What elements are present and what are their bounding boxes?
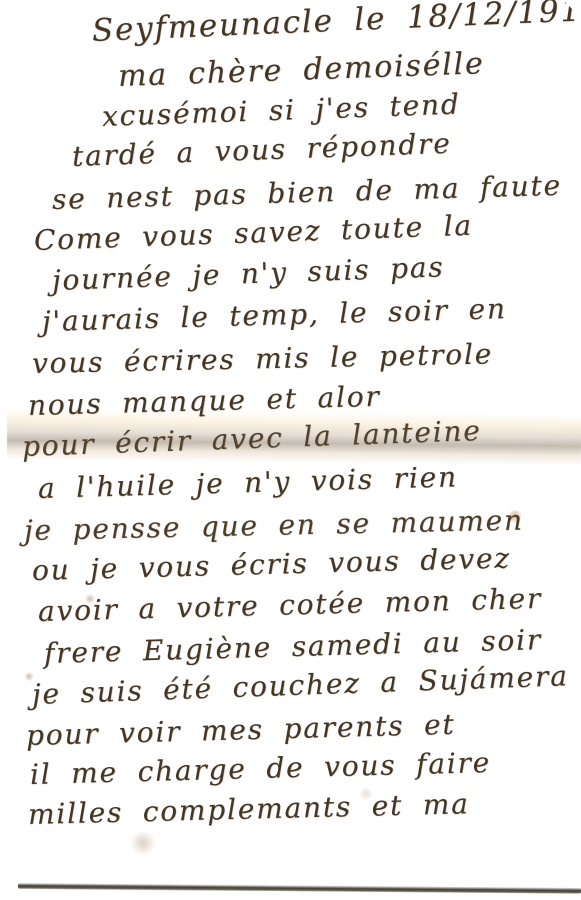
handwriting-line: il me charge de vous faire xyxy=(30,749,492,789)
handwriting-line: j'aurais le temp, le soir en xyxy=(42,295,507,336)
handwriting-line: tardé a vous répondre xyxy=(72,130,452,171)
handwriting-line: ou je vous écris vous devez xyxy=(32,544,512,585)
handwriting-line: je suis été couchez a Sujámera xyxy=(32,662,570,709)
handwriting-line: ma chère demoisélle xyxy=(117,49,485,92)
letter-body: Seyfmeunacle le 18/12/1917ma chère demoi… xyxy=(0,0,581,900)
handwriting-line: pour voir mes parents et xyxy=(26,711,456,750)
handwriting-line: avoir a votre cotée mon cher xyxy=(38,585,543,626)
handwriting-line: milles complemants et ma xyxy=(28,790,470,829)
handwriting-line: se nest pas bien de ma faute xyxy=(52,172,563,214)
handwriting-line: nous manque et alor xyxy=(28,383,381,420)
handwriting-line: Seyfmeunacle le 18/12/1917 xyxy=(91,0,581,47)
handwriting-line: frere Eugiène samedi au soir xyxy=(44,626,543,668)
handwriting-line: xcusémoi si j'es tend xyxy=(102,90,461,131)
handwriting-line: journée je n'y suis pas xyxy=(52,253,445,295)
handwriting-line: pour écrir avec la lanteine xyxy=(22,417,483,461)
scanned-letter: Seyfmeunacle le 18/12/1917ma chère demoi… xyxy=(0,0,581,900)
letter-paper: Seyfmeunacle le 18/12/1917ma chère demoi… xyxy=(0,0,581,900)
handwriting-line: a l'huile je n'y vois rien xyxy=(38,463,459,503)
handwriting-line: vous écrires mis le petrole xyxy=(32,340,494,378)
handwriting-line: Come vous savez toute la xyxy=(34,212,474,255)
handwriting-line: je pensse que en se maumen xyxy=(24,507,524,545)
